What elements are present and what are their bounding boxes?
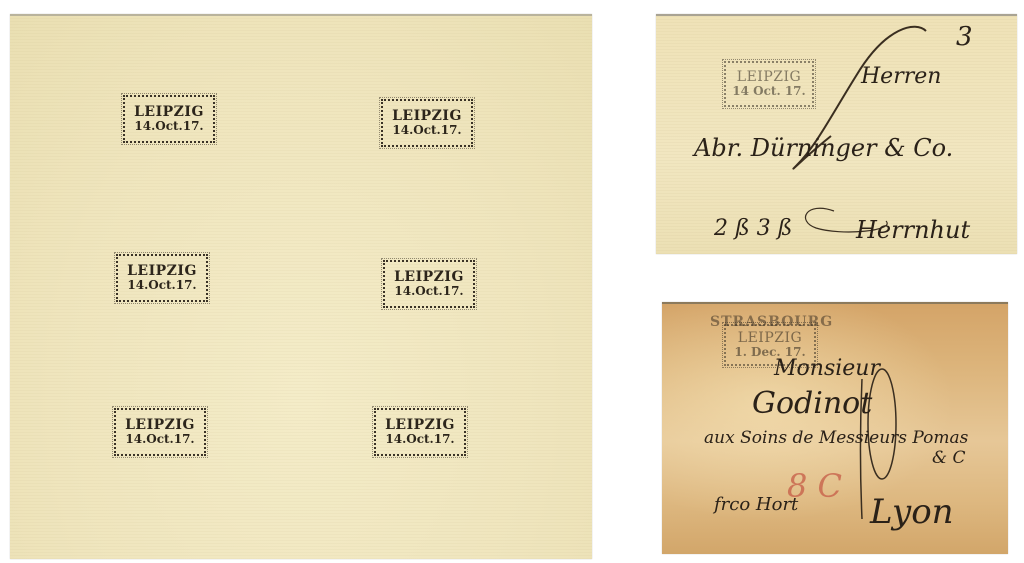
leipzig-stamp: LEIPZIG 14.Oct.17. <box>123 95 215 143</box>
cover-herrnhut: LEIPZIG 14 Oct. 17. 3 Herren Abr. Dürnin… <box>656 14 1017 254</box>
care-of: aux Soins de Messieurs Pomas <box>704 428 968 448</box>
franking-note: frco Hort <box>714 494 798 515</box>
destination: Lyon <box>870 492 954 532</box>
proof-sheet: LEIPZIG 14.Oct.17. LEIPZIG 14.Oct.17. LE… <box>10 14 592 559</box>
postage-rate: 2 ß 3 ß <box>714 216 792 241</box>
leipzig-stamp: LEIPZIG 14.Oct.17. <box>383 260 475 308</box>
leipzig-stamp: LEIPZIG 14.Oct.17. <box>381 99 473 147</box>
destination: Herrnhut <box>856 216 970 244</box>
salutation: Herren <box>861 64 941 89</box>
addressee: Abr. Dürninger & Co. <box>694 134 953 162</box>
cover-lyon: STRASBOURG LEIPZIG 1. Dec. 17. Monsieur … <box>662 302 1008 554</box>
addressee: Godinot <box>752 386 872 421</box>
salutation: Monsieur <box>774 356 880 381</box>
leipzig-stamp: LEIPZIG 14.Oct.17. <box>374 408 466 456</box>
corner-mark: 3 <box>956 22 973 52</box>
care-of-2: & C <box>932 448 966 468</box>
leipzig-stamp: LEIPZIG 14.Oct.17. <box>116 254 208 302</box>
leipzig-stamp: LEIPZIG 14.Oct.17. <box>114 408 206 456</box>
